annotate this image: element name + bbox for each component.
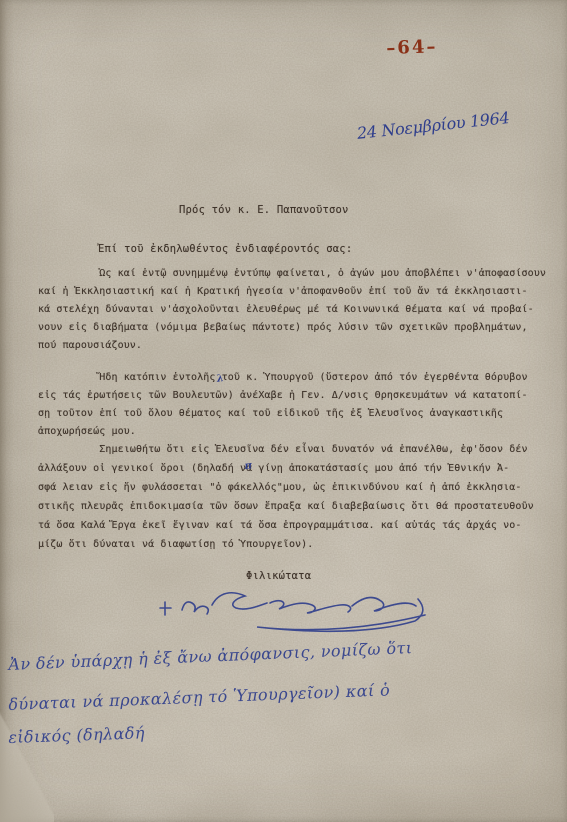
handwritten-date: 24 Νοεμβρίου 1964 — [356, 108, 510, 143]
correction-lambda-annotation: λ — [216, 373, 224, 385]
closing-salutation: Φιλικώτατα — [246, 570, 311, 582]
paragraph-3: Σημειωθήτω ὅτι εἰς Ἐλευσῖνα δέν εἶναι δυ… — [38, 440, 558, 554]
subject-line: Ἐπί τοῦ ἐκδηλωθέντος ἐνδιαφέροντός σας: — [98, 243, 352, 255]
correction-pi-annotation: π — [244, 460, 252, 472]
signature-scribble — [148, 582, 448, 634]
recipient-line: Πρός τόν κ. Ε. Παπανοῦτσον — [179, 204, 349, 216]
paragraph-2: Ἤδη κατόπιν ἐντολῆς τοῦ κ. Ὑπουργοῦ (ὕστ… — [38, 369, 558, 441]
handwritten-note-line-3: εἰδικός (δηλαδή — [8, 723, 145, 747]
handwritten-note-line-1: Ἀν δέν ὑπάρχῃ ἡ ἐξ ἄνω ἀπόφανσις, νομίζω… — [8, 638, 413, 674]
paragraph-1: Ὡς καί ἐντῷ συνημμένῳ ἐντύπῳ φαίνεται, ὁ… — [38, 265, 558, 355]
scanned-letter-page: –64– 24 Νοεμβρίου 1964 Πρός τόν κ. Ε. Πα… — [0, 0, 567, 822]
page-number: –64– — [386, 36, 438, 59]
handwritten-note-line-2: δύναται νά προκαλέσῃ τό Ὑπουργεῖον) καί … — [8, 680, 390, 714]
